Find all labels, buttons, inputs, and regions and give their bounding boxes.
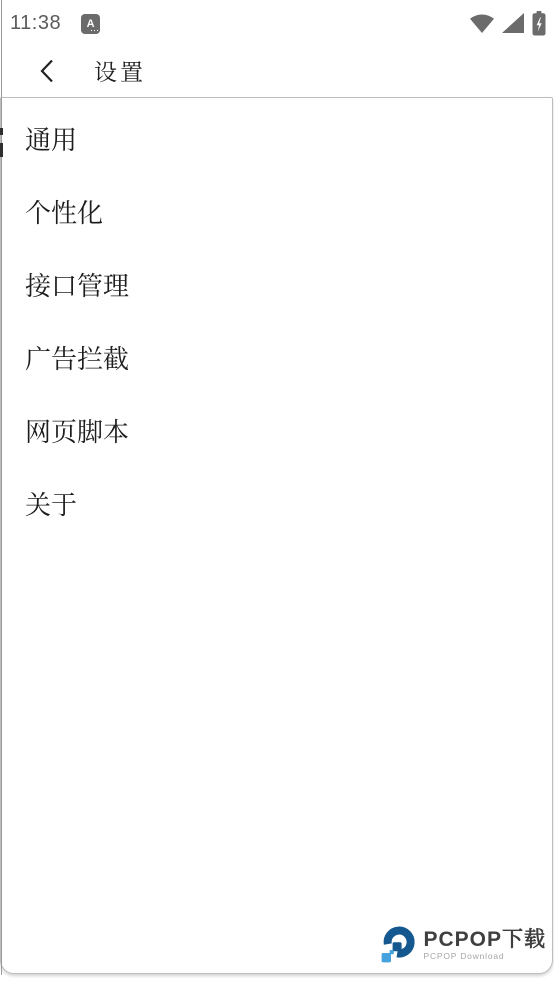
left-edge-fragment (0, 143, 3, 157)
cellular-signal-icon (502, 13, 525, 34)
menu-item-label: 关于 (25, 485, 77, 522)
status-bar-left: 11:38 A (10, 10, 100, 35)
menu-item-api-management[interactable]: 接口管理 (1, 248, 552, 321)
back-button[interactable] (36, 58, 58, 84)
battery-charging-icon (532, 11, 546, 36)
pcpop-subtitle-text: PCPOP Download (423, 951, 546, 961)
menu-item-label: 网页脚本 (25, 412, 129, 449)
pcpop-watermark: PCPOP下载 PCPOP Download (380, 925, 546, 971)
menu-item-ad-block[interactable]: 广告拦截 (1, 321, 552, 394)
menu-item-label: 个性化 (25, 193, 103, 230)
wifi-icon (469, 13, 495, 34)
left-edge-fragment (0, 128, 3, 135)
app-header: 设置 (0, 44, 554, 97)
notification-dots (97, 30, 99, 32)
menu-item-personalization[interactable]: 个性化 (1, 175, 552, 248)
page-title: 设置 (94, 54, 146, 87)
menu-item-web-scripts[interactable]: 网页脚本 (1, 394, 552, 467)
menu-item-label: 广告拦截 (25, 339, 129, 376)
chevron-left-icon (39, 58, 55, 84)
menu-item-general[interactable]: 通用 (1, 102, 552, 175)
pcpop-brand-text: PCPOP下载 (423, 930, 546, 950)
status-bar: 11:38 A (0, 0, 554, 44)
settings-panel: 通用 个性化 接口管理 广告拦截 网页脚本 关于 (0, 97, 553, 974)
clock: 11:38 (10, 10, 61, 35)
pcpop-logo-icon (380, 925, 420, 971)
notification-app-icon-letter: A (87, 18, 95, 30)
menu-item-label: 接口管理 (25, 266, 129, 303)
status-bar-right (469, 11, 546, 36)
menu-item-about[interactable]: 关于 (1, 467, 552, 540)
menu-item-label: 通用 (25, 120, 77, 157)
phone-screen: 11:38 A (0, 0, 554, 986)
settings-menu: 通用 个性化 接口管理 广告拦截 网页脚本 关于 (1, 98, 552, 540)
pcpop-watermark-text: PCPOP下载 PCPOP Download (423, 930, 546, 967)
notification-app-icon: A (81, 14, 100, 34)
